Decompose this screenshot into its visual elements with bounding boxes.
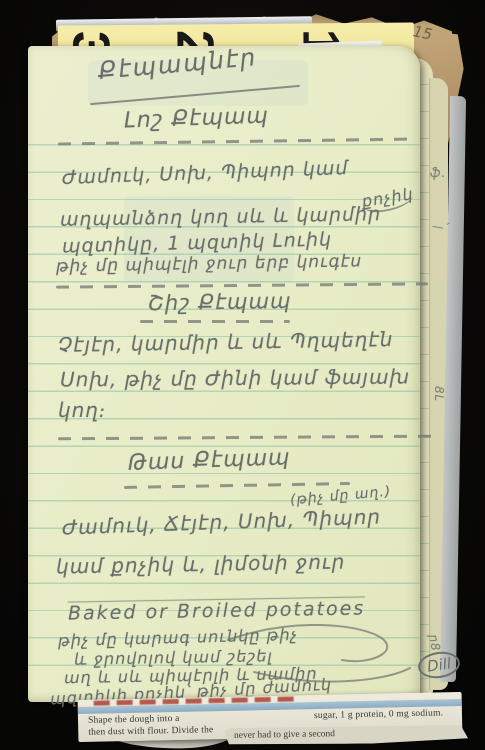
margin-mark: ր8 (426, 633, 443, 652)
spiral-binding (0, 62, 42, 704)
recipe-line: Սոխ, թիչ մը Ժինի կամ ֆայախ (60, 364, 410, 391)
pencil-flourish (224, 616, 414, 696)
recipe-line: կող։ (58, 398, 107, 422)
section-heading-shish-kebab: Շիշ Քէպապ (148, 289, 292, 315)
newsprint-text: sugar, 1 g protein, 0 mg sodium. (314, 708, 463, 722)
margin-mark: 8Լ (432, 386, 446, 402)
margin-mark: —՛ (431, 219, 450, 236)
photo-scene: 3 2 1 15 Քէպապնէր Լոշ Քէպապ Ժամուկ, Սոխ,… (0, 0, 485, 750)
dashed-underline (140, 320, 290, 323)
recipe-line: կամ քոչիկ և, լիմօնի ջուր (56, 549, 346, 578)
notebook-page: Քէպապնէր Լոշ Քէպապ Ժամուկ, Սոխ, Պիպոր կա… (28, 46, 420, 702)
margin-mark: ֆ. (430, 166, 447, 181)
section-heading-losh-kebab: Լոշ Քէպապ (124, 103, 270, 133)
